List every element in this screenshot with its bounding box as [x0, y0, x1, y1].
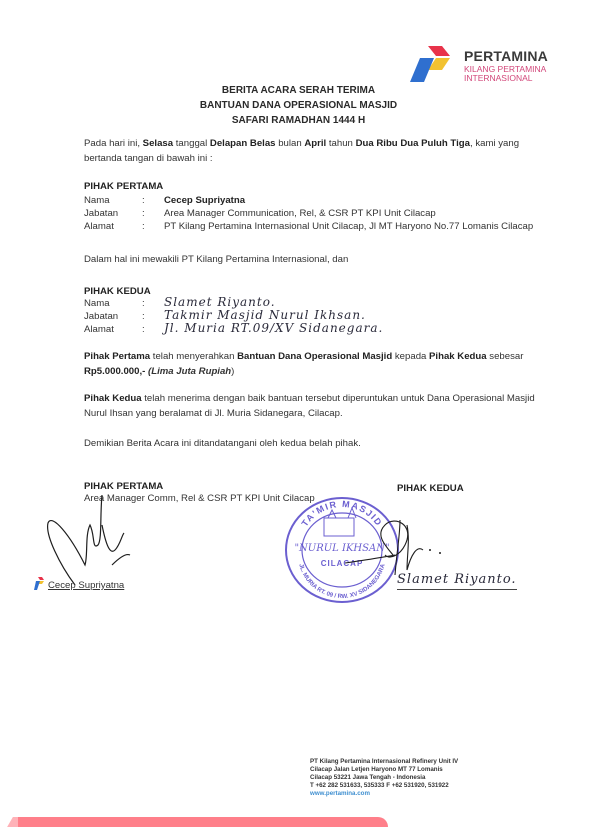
- receipt-text: telah menerima dengan baik bantuan terse…: [84, 393, 535, 419]
- logo-subtitle: KILANG PERTAMINA INTERNASIONAL: [464, 65, 546, 83]
- closing-text: Demikian Berita Acara ini ditandatangani…: [84, 436, 554, 451]
- colon: :: [142, 324, 164, 336]
- colon: :: [142, 195, 164, 207]
- footer-address: PT Kilang Pertamina Internasional Refine…: [310, 758, 458, 798]
- footer-line4: T +62 282 531633, 535333 F +62 531920, 5…: [310, 782, 458, 790]
- field-label: Alamat: [84, 221, 142, 233]
- receipt-bold: Pihak Kedua: [84, 393, 142, 404]
- field-value: PT Kilang Pertamina Internasional Unit C…: [164, 221, 533, 232]
- pihak-pertama-alamat-row: Alamat:PT Kilang Pertamina Internasional…: [84, 221, 533, 233]
- sign-left-name: Cecep Supriyatna: [48, 580, 124, 591]
- handover-bold: Pihak Pertama: [84, 351, 150, 362]
- intro-text: Pada hari ini,: [84, 138, 140, 149]
- pihak-pertama-heading: PIHAK PERTAMA: [84, 179, 163, 194]
- field-label: Jabatan: [84, 208, 142, 220]
- handover-paragraph: Pihak Pertama telah menyerahkan Bantuan …: [84, 349, 554, 379]
- amount: Rp5.000.000,-: [84, 366, 145, 377]
- footer-line2: Cilacap Jalan Letjen Haryono MT 77 Loman…: [310, 766, 458, 774]
- amount-words: (Lima Juta Rupiah: [148, 366, 231, 377]
- signature-left: [40, 495, 150, 585]
- footer-url-link[interactable]: www.pertamina.com: [310, 790, 458, 798]
- intro-date: Delapan Belas: [210, 138, 276, 149]
- handover-text: ): [231, 366, 234, 377]
- footer-line3: Cilacap 53221 Jawa Tengah - Indonesia: [310, 774, 458, 782]
- pihak-pertama-nama-row: Nama:Cecep Supriyatna: [84, 195, 245, 207]
- field-value: Cecep Supriyatna: [164, 195, 245, 206]
- field-label: Alamat: [84, 324, 142, 336]
- pertamina-logo: PERTAMINA KILANG PERTAMINA INTERNASIONAL: [408, 38, 588, 88]
- title-line3: SAFARI RAMADHAN 1444 H: [0, 113, 597, 128]
- signature-right: [345, 515, 455, 580]
- colon: :: [142, 221, 164, 233]
- represent-text: Dalam hal ini mewakili PT Kilang Pertami…: [84, 252, 554, 267]
- pertamina-small-icon: [34, 577, 46, 591]
- footer-line1: PT Kilang Pertamina Internasional Refine…: [310, 758, 458, 766]
- intro-year: Dua Ribu Dua Puluh Tiga: [356, 138, 470, 149]
- logo-name: PERTAMINA: [464, 48, 548, 64]
- intro-text: bulan: [278, 138, 301, 149]
- handwritten-value: Takmir Masjid Nurul Ikhsan.: [164, 308, 366, 322]
- intro-text: tanggal: [176, 138, 207, 149]
- field-value: Area Manager Communication, Rel, & CSR P…: [164, 208, 436, 219]
- sign-right-name: Slamet Riyanto.: [397, 572, 517, 590]
- colon: :: [142, 208, 164, 220]
- logo-sub-line2: INTERNASIONAL: [464, 74, 546, 83]
- pertamina-logo-icon: [408, 44, 454, 84]
- intro-day: Selasa: [143, 138, 173, 149]
- intro-text: tahun: [329, 138, 353, 149]
- sign-right-heading: PIHAK KEDUA: [397, 481, 464, 496]
- document-title: BERITA ACARA SERAH TERIMA BANTUAN DANA O…: [0, 83, 597, 128]
- title-line2: BANTUAN DANA OPERASIONAL MASJID: [0, 98, 597, 113]
- pihak-kedua-alamat-row: Alamat:Jl. Muria RT.09/XV Sidanegara.: [84, 322, 383, 336]
- handover-text: kepada: [392, 351, 429, 362]
- footer-red-bar: [18, 817, 388, 827]
- field-label: Nama: [84, 195, 142, 207]
- handwritten-value: Slamet Riyanto.: [164, 295, 276, 309]
- intro-month: April: [304, 138, 326, 149]
- title-line1: BERITA ACARA SERAH TERIMA: [0, 83, 597, 98]
- handwritten-value: Jl. Muria RT.09/XV Sidanegara.: [164, 321, 383, 335]
- intro-paragraph: Pada hari ini, Selasa tanggal Delapan Be…: [84, 136, 554, 166]
- handover-text: sebesar: [487, 351, 524, 362]
- handover-text: telah menyerahkan: [150, 351, 237, 362]
- pihak-pertama-jabatan-row: Jabatan:Area Manager Communication, Rel,…: [84, 208, 436, 220]
- receipt-paragraph: Pihak Kedua telah menerima dengan baik b…: [84, 391, 554, 421]
- handover-bold: Bantuan Dana Operasional Masjid: [237, 351, 392, 362]
- handover-bold: Pihak Kedua: [429, 351, 487, 362]
